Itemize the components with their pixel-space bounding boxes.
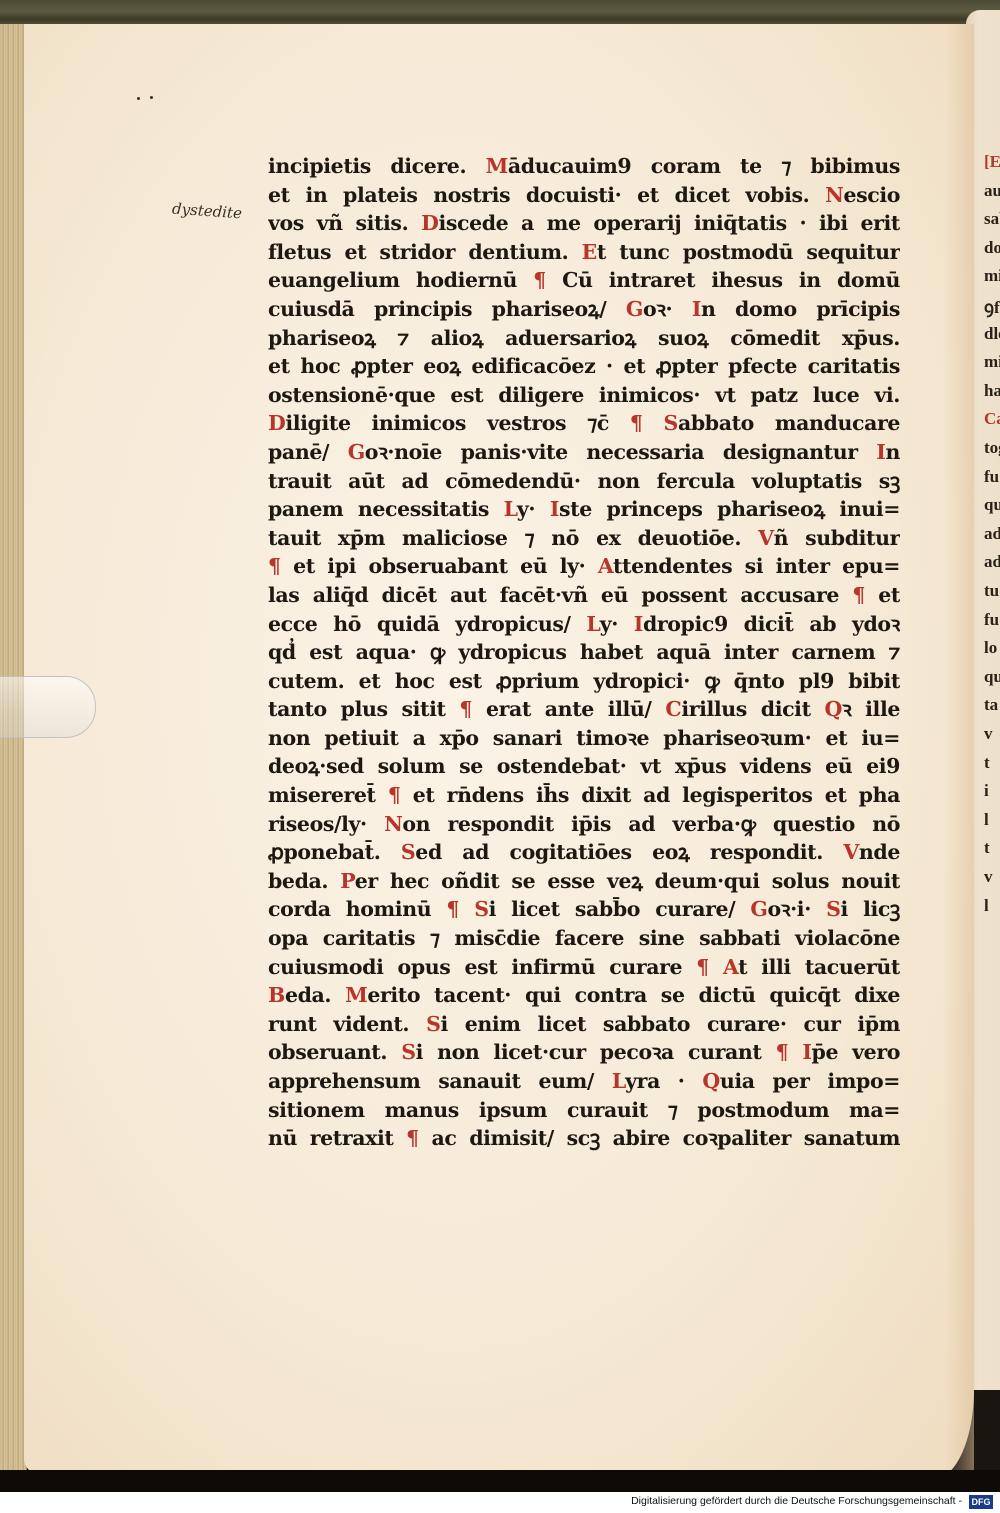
text-run: ac dimisit/ scꝫ abire coꝛpaliter sanatum (419, 1126, 900, 1150)
text-run: y· (517, 497, 550, 521)
facing-page-text-fragment: tu (984, 581, 999, 601)
text-line: euangelium hodiernū ¶ Cū intraret ihesus… (268, 266, 900, 295)
text-line: beda. Per hec oñdit se esse veꝝ deum·qui… (268, 867, 900, 896)
rubricated-initial: I (634, 612, 643, 636)
text-run: dropic9 dicit̄ ab ydoꝛ (643, 612, 900, 636)
facing-page-text-fragment: ad (984, 552, 1000, 572)
ink-speck (150, 96, 153, 99)
facing-page-text-fragment: v (984, 867, 993, 887)
text-line: ꝓponebat̄. Sed ad cogitatiōes eoꝝ respon… (268, 838, 900, 867)
text-column: incipietis dicere. Māducauim9 coram te ⁊… (268, 152, 900, 1153)
text-line: misereret̄ ¶ et rn̄dens ih̄s dixit ad le… (268, 781, 900, 810)
text-run: oꝛ·noīe panis·vite necessaria designantu… (365, 440, 876, 464)
text-run: phariseoꝝ ⁊ alioꝝ aduersarioꝝ suoꝝ cōmed… (268, 326, 900, 350)
text-run: ttendentes si inter epu= (613, 554, 900, 578)
text-run: las aliq̄d dicēt aut facēt·vñ eū possent… (268, 583, 852, 607)
facing-page-text-fragment: tog (984, 438, 1000, 458)
rubricated-initial: ¶ (459, 697, 472, 721)
facing-page-text-fragment: mi (984, 352, 1000, 372)
text-line: et in plateis nostris docuisti· et dicet… (268, 181, 900, 210)
text-line: las aliq̄d dicēt aut facēt·vñ eū possent… (268, 581, 900, 610)
rubricated-initial: S (401, 1040, 415, 1064)
rubricated-initial: G (348, 440, 365, 464)
text-run: iscede a me operarij iniq̄tatis · ibi er… (438, 211, 900, 235)
rubricated-initial: ¶ (446, 897, 459, 921)
text-run: i licꝫ (841, 897, 900, 921)
text-line: deoꝝ·sed solum se ostendebat· vt xp̄us v… (268, 752, 900, 781)
facing-page-text-fragment: [E (984, 152, 1000, 172)
text-run: obseruant. (268, 1040, 401, 1064)
text-run: uia per impo= (720, 1069, 900, 1093)
facing-page-text-fragment: lo (984, 638, 997, 658)
text-line: cutem. et hoc est ꝓprium ydropici· ꝙ q̄n… (268, 667, 900, 696)
rubricated-initial: L (612, 1069, 625, 1093)
rubricated-initial: A (598, 554, 613, 578)
text-line: fletus et stridor dentium. Et tunc postm… (268, 238, 900, 267)
text-run: oꝛ· (643, 297, 692, 321)
text-line: ecce hō quidā ydropicus/ Ly· Idropic9 di… (268, 610, 900, 639)
text-run: panē/ (268, 440, 348, 464)
text-run: i enim licet sabbato curare· cur ip̄m (440, 1012, 900, 1036)
text-line: ostensionē·que est diligere inimicos· vt… (268, 381, 900, 410)
facing-page-text-fragment: aut (984, 181, 1000, 201)
text-run: erat ante illū/ (472, 697, 665, 721)
text-run: apprehensum sanauit eum/ (268, 1069, 612, 1093)
text-run: er hec oñdit se esse veꝝ deum·qui solus … (355, 869, 900, 893)
text-run: cuiusmodi opus est infirmū curare (268, 955, 696, 979)
rubricated-initial: S (401, 840, 415, 864)
text-run: t tunc postmodū sequitur (597, 240, 900, 264)
text-run: oꝛ·i· (767, 897, 826, 921)
text-line: opa caritatis ⁊ misc̄die facere sine sab… (268, 924, 900, 953)
text-run: fletus et stridor dentium. (268, 240, 582, 264)
text-run: incipietis dicere. (268, 154, 486, 178)
text-run: ste princeps phariseoꝝ inui= (559, 497, 900, 521)
text-run (459, 897, 474, 921)
text-run: abbato manducare (678, 411, 900, 435)
text-run: n domo prīcipis (701, 297, 900, 321)
text-run: ostensionē·que est diligere inimicos· vt… (268, 383, 900, 407)
text-line: sitionem manus ipsum curauit ⁊ postmodum… (268, 1096, 900, 1125)
facing-page-text-fragment: l (984, 896, 989, 916)
facing-page-text-fragment: ta (984, 695, 998, 715)
text-line: cuiusdā principis phariseoꝝ/ Goꝛ· In dom… (268, 295, 900, 324)
rubricated-initial: M (345, 983, 367, 1007)
text-run: nū retraxit (268, 1126, 406, 1150)
text-run: erito tacent· qui contra se dictū quicq̄… (367, 983, 900, 1007)
funding-credit: Digitalisierung gefördert durch die Deut… (631, 1495, 962, 1507)
text-line: panē/ Goꝛ·noīe panis·vite necessaria des… (268, 438, 900, 467)
text-run: trauit aūt ad cōmedendū· non fercula vol… (268, 469, 900, 493)
facing-page-text-fragment: qu (984, 667, 1000, 687)
text-line: trauit aūt ad cōmedendū· non fercula vol… (268, 467, 900, 496)
text-run: y· (600, 612, 634, 636)
text-run (709, 955, 723, 979)
text-run: et rn̄dens ih̄s dixit ad legisperitos et… (401, 783, 900, 807)
text-run: nde (859, 840, 900, 864)
text-run: riseos/ly· (268, 812, 384, 836)
facing-page-text-fragment: do p (984, 238, 1000, 258)
text-run: yra · (625, 1069, 702, 1093)
text-run: tanto plus sitit (268, 697, 459, 721)
text-run: misereret̄ (268, 783, 388, 807)
text-line: incipietis dicere. Māducauim9 coram te ⁊… (268, 152, 900, 181)
rubricated-initial: ¶ (696, 955, 709, 979)
text-line: riseos/ly· Non respondit ip̄is ad verba·… (268, 810, 900, 839)
rubricated-initial: C (665, 697, 681, 721)
text-run (643, 411, 664, 435)
rubricated-initial: Q (702, 1069, 719, 1093)
text-run: eda. (285, 983, 345, 1007)
text-line: ¶ et ipi obseruabant eū ly· Attendentes … (268, 552, 900, 581)
rubricated-initial: ¶ (852, 583, 865, 607)
facing-page-text-fragment: i (984, 781, 989, 801)
text-run: escio (843, 183, 900, 207)
rubricated-initial: V (843, 840, 859, 864)
rubricated-initial: N (825, 183, 843, 207)
text-run: qd̓ est aqua· ꝙ ydropicus habet aquā int… (268, 640, 900, 664)
rubricated-initial: D (268, 411, 285, 435)
text-line: et hoc ꝓpter eoꝝ edificacōez · et ꝓpter … (268, 352, 900, 381)
facing-page-text-fragment: l (984, 810, 989, 830)
text-run: tauit xp̄m maliciose ⁊ nō ex deuotiōe. (268, 526, 758, 550)
rubricated-initial: ¶ (533, 268, 546, 292)
facing-page-text-fragment: ꝯfu (984, 295, 1000, 318)
bookmark-clip (0, 676, 96, 738)
text-run: et in plateis nostris docuisti· et dicet… (268, 183, 825, 207)
page-stack-edge (0, 24, 27, 1474)
facing-page-text-fragment: hal (984, 381, 1000, 401)
rubricated-initial: V (758, 526, 774, 550)
footer-bar: Digitalisierung gefördert durch die Deut… (0, 1492, 1000, 1513)
rubricated-initial: S (426, 1012, 440, 1036)
rubricated-initial: N (384, 812, 402, 836)
text-line: tanto plus sitit ¶ erat ante illū/ Ciril… (268, 695, 900, 724)
text-line: panem necessitatis Ly· Iste princeps pha… (268, 495, 900, 524)
facing-page-text-fragment: t (984, 838, 990, 858)
text-run: vos vñ sitis. (268, 211, 421, 235)
text-line: runt vident. Si enim licet sabbato curar… (268, 1010, 900, 1039)
text-run: ed ad cogitatiōes eoꝝ respondit. (415, 840, 843, 864)
text-run: irillus dicit (681, 697, 824, 721)
rubricated-initial: I (692, 297, 701, 321)
text-line: corda hominū ¶ Si licet sabb̄o curare/ G… (268, 895, 900, 924)
facing-page-text-fragment: sab (984, 209, 1000, 229)
text-run: cuiusdā principis phariseoꝝ/ (268, 297, 626, 321)
rubricated-initial: A (723, 955, 738, 979)
rubricated-initial: S (664, 411, 678, 435)
text-run: euangelium hodiernū (268, 268, 533, 292)
rubricated-initial: Q (825, 697, 842, 721)
text-run: on respondit ip̄is ad verba·ꝙ questio nō (402, 812, 900, 836)
text-line: phariseoꝝ ⁊ alioꝝ aduersarioꝝ suoꝝ cōmed… (268, 324, 900, 353)
text-run: Cū intraret ihesus in domū (546, 268, 900, 292)
text-line: Diligite inimicos vestros ⁊c̄ ¶ Sabbato … (268, 409, 900, 438)
text-run: i non licet·cur pecoꝛa curant (416, 1040, 776, 1064)
text-run: t illi tacuerūt (738, 955, 900, 979)
text-line: nū retraxit ¶ ac dimisit/ scꝫ abire coꝛp… (268, 1124, 900, 1153)
facing-page-text-fragment: Ca (984, 409, 1000, 429)
rubricated-initial: ¶ (388, 783, 401, 807)
text-run: ecce hō quidā ydropicus/ (268, 612, 586, 636)
rubricated-initial: M (486, 154, 508, 178)
text-line: qd̓ est aqua· ꝙ ydropicus habet aquā int… (268, 638, 900, 667)
text-run: ñ subditur (774, 526, 900, 550)
facing-page-text-fragment: dle (984, 324, 1000, 344)
text-run: et (865, 583, 900, 607)
text-line: tauit xp̄m maliciose ⁊ nō ex deuotiōe. V… (268, 524, 900, 553)
rubricated-initial: G (750, 897, 767, 921)
text-run: et hoc ꝓpter eoꝝ edificacōez · et ꝓpter … (268, 354, 900, 378)
text-line: obseruant. Si non licet·cur pecoꝛa curan… (268, 1038, 900, 1067)
text-run: ꝛ ille (842, 697, 900, 721)
text-run: iligite inimicos vestros ⁊c̄ (285, 411, 630, 435)
text-run: et ipi obseruabant eū ly· (281, 554, 598, 578)
rubricated-initial: L (586, 612, 599, 636)
rubricated-initial: ¶ (406, 1126, 419, 1150)
text-run: sitionem manus ipsum curauit ⁊ postmodum… (268, 1098, 900, 1122)
rubricated-initial: G (626, 297, 643, 321)
text-run: panem necessitatis (268, 497, 504, 521)
rubricated-initial: I (550, 497, 559, 521)
rubricated-initial: E (582, 240, 597, 264)
facing-page-text-fragment: fu (984, 610, 999, 630)
facing-page-text-fragment: fu (984, 467, 999, 487)
text-line: non petiuit a xp̄o sanari timoꝛe pharise… (268, 724, 900, 753)
facing-page-text-fragment: ad (984, 524, 1000, 544)
text-line: vos vñ sitis. Discede a me operarij iniq… (268, 209, 900, 238)
facing-page-text-fragment: mir (984, 266, 1000, 286)
text-run (788, 1040, 802, 1064)
rubricated-initial: D (421, 211, 438, 235)
rubricated-initial: S (826, 897, 840, 921)
text-run: opa caritatis ⁊ misc̄die facere sine sab… (268, 926, 900, 950)
text-run: i licet sabb̄o curare/ (489, 897, 751, 921)
text-run: non petiuit a xp̄o sanari timoꝛe pharise… (268, 726, 900, 750)
text-line: Beda. Merito tacent· qui contra se dictū… (268, 981, 900, 1010)
rubricated-initial: S (474, 897, 488, 921)
text-run: p̄e vero (812, 1040, 900, 1064)
text-run: āducauim9 coram te ⁊ bibimus (508, 154, 900, 178)
text-run: ꝓponebat̄. (268, 840, 401, 864)
rubricated-initial: L (504, 497, 517, 521)
text-run: n (885, 440, 900, 464)
rubricated-initial: ¶ (630, 411, 643, 435)
text-run: runt vident. (268, 1012, 426, 1036)
facing-page-text-fragment: v (984, 724, 993, 744)
text-run: cutem. et hoc est ꝓprium ydropici· ꝙ q̄n… (268, 669, 900, 693)
text-line: cuiusmodi opus est infirmū curare ¶ At i… (268, 953, 900, 982)
rubricated-initial: B (268, 983, 285, 1007)
text-run: deoꝝ·sed solum se ostendebat· vt xp̄us v… (268, 754, 900, 778)
rubricated-initial: ¶ (268, 554, 281, 578)
dfg-logo: DFG (969, 1495, 993, 1509)
text-run: beda. (268, 869, 340, 893)
facing-page-text-fragment: t (984, 753, 990, 773)
text-run: corda hominū (268, 897, 446, 921)
rubricated-initial: ¶ (776, 1040, 789, 1064)
rubricated-initial: I (802, 1040, 811, 1064)
rubricated-initial: P (340, 869, 354, 893)
facing-page-text-fragment: qu (984, 495, 1000, 515)
ink-speck (137, 97, 140, 100)
text-line: apprehensum sanauit eum/ Lyra · Quia per… (268, 1067, 900, 1096)
